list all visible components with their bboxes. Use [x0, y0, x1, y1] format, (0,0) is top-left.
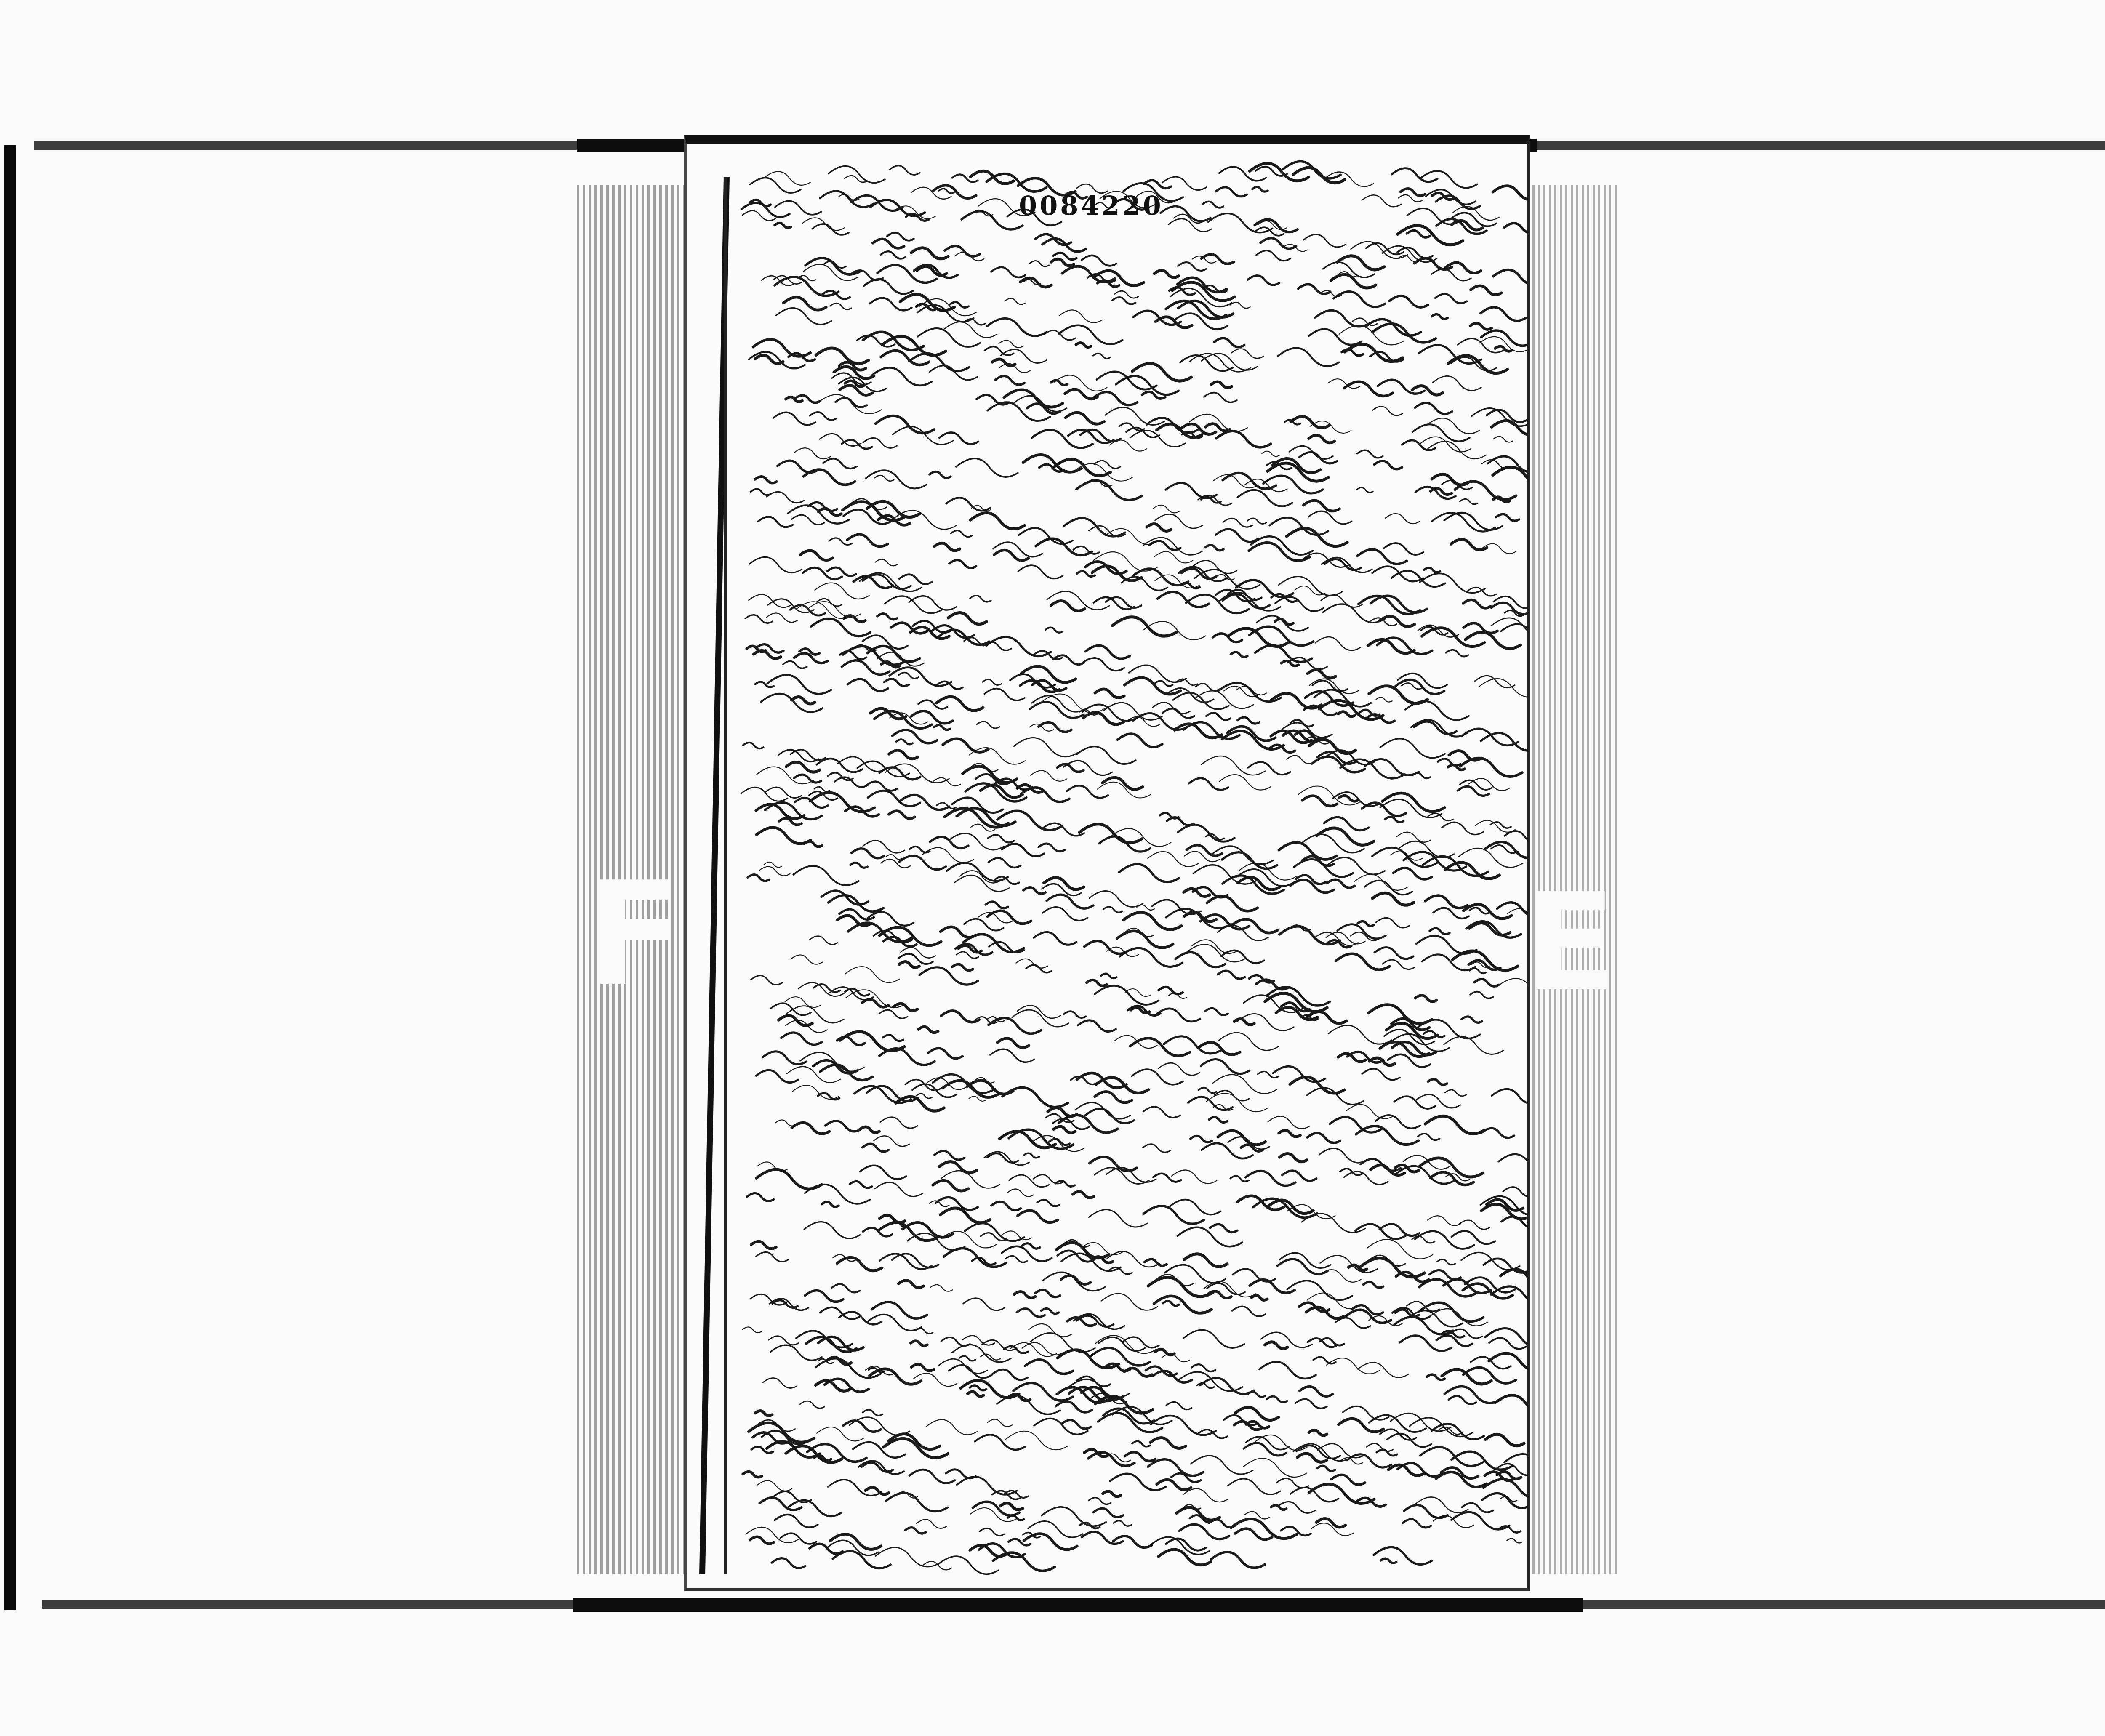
- marbled-pattern: [690, 152, 1528, 1583]
- binding-line: [724, 177, 727, 1574]
- catalog-number: 0084220: [1019, 190, 1164, 221]
- scan-frame-bottom-center: [573, 1598, 1583, 1612]
- scan-frame-left: [4, 145, 16, 1610]
- spine-title-right: E: [1524, 876, 1616, 1010]
- cover-binding-edge: [695, 177, 745, 1574]
